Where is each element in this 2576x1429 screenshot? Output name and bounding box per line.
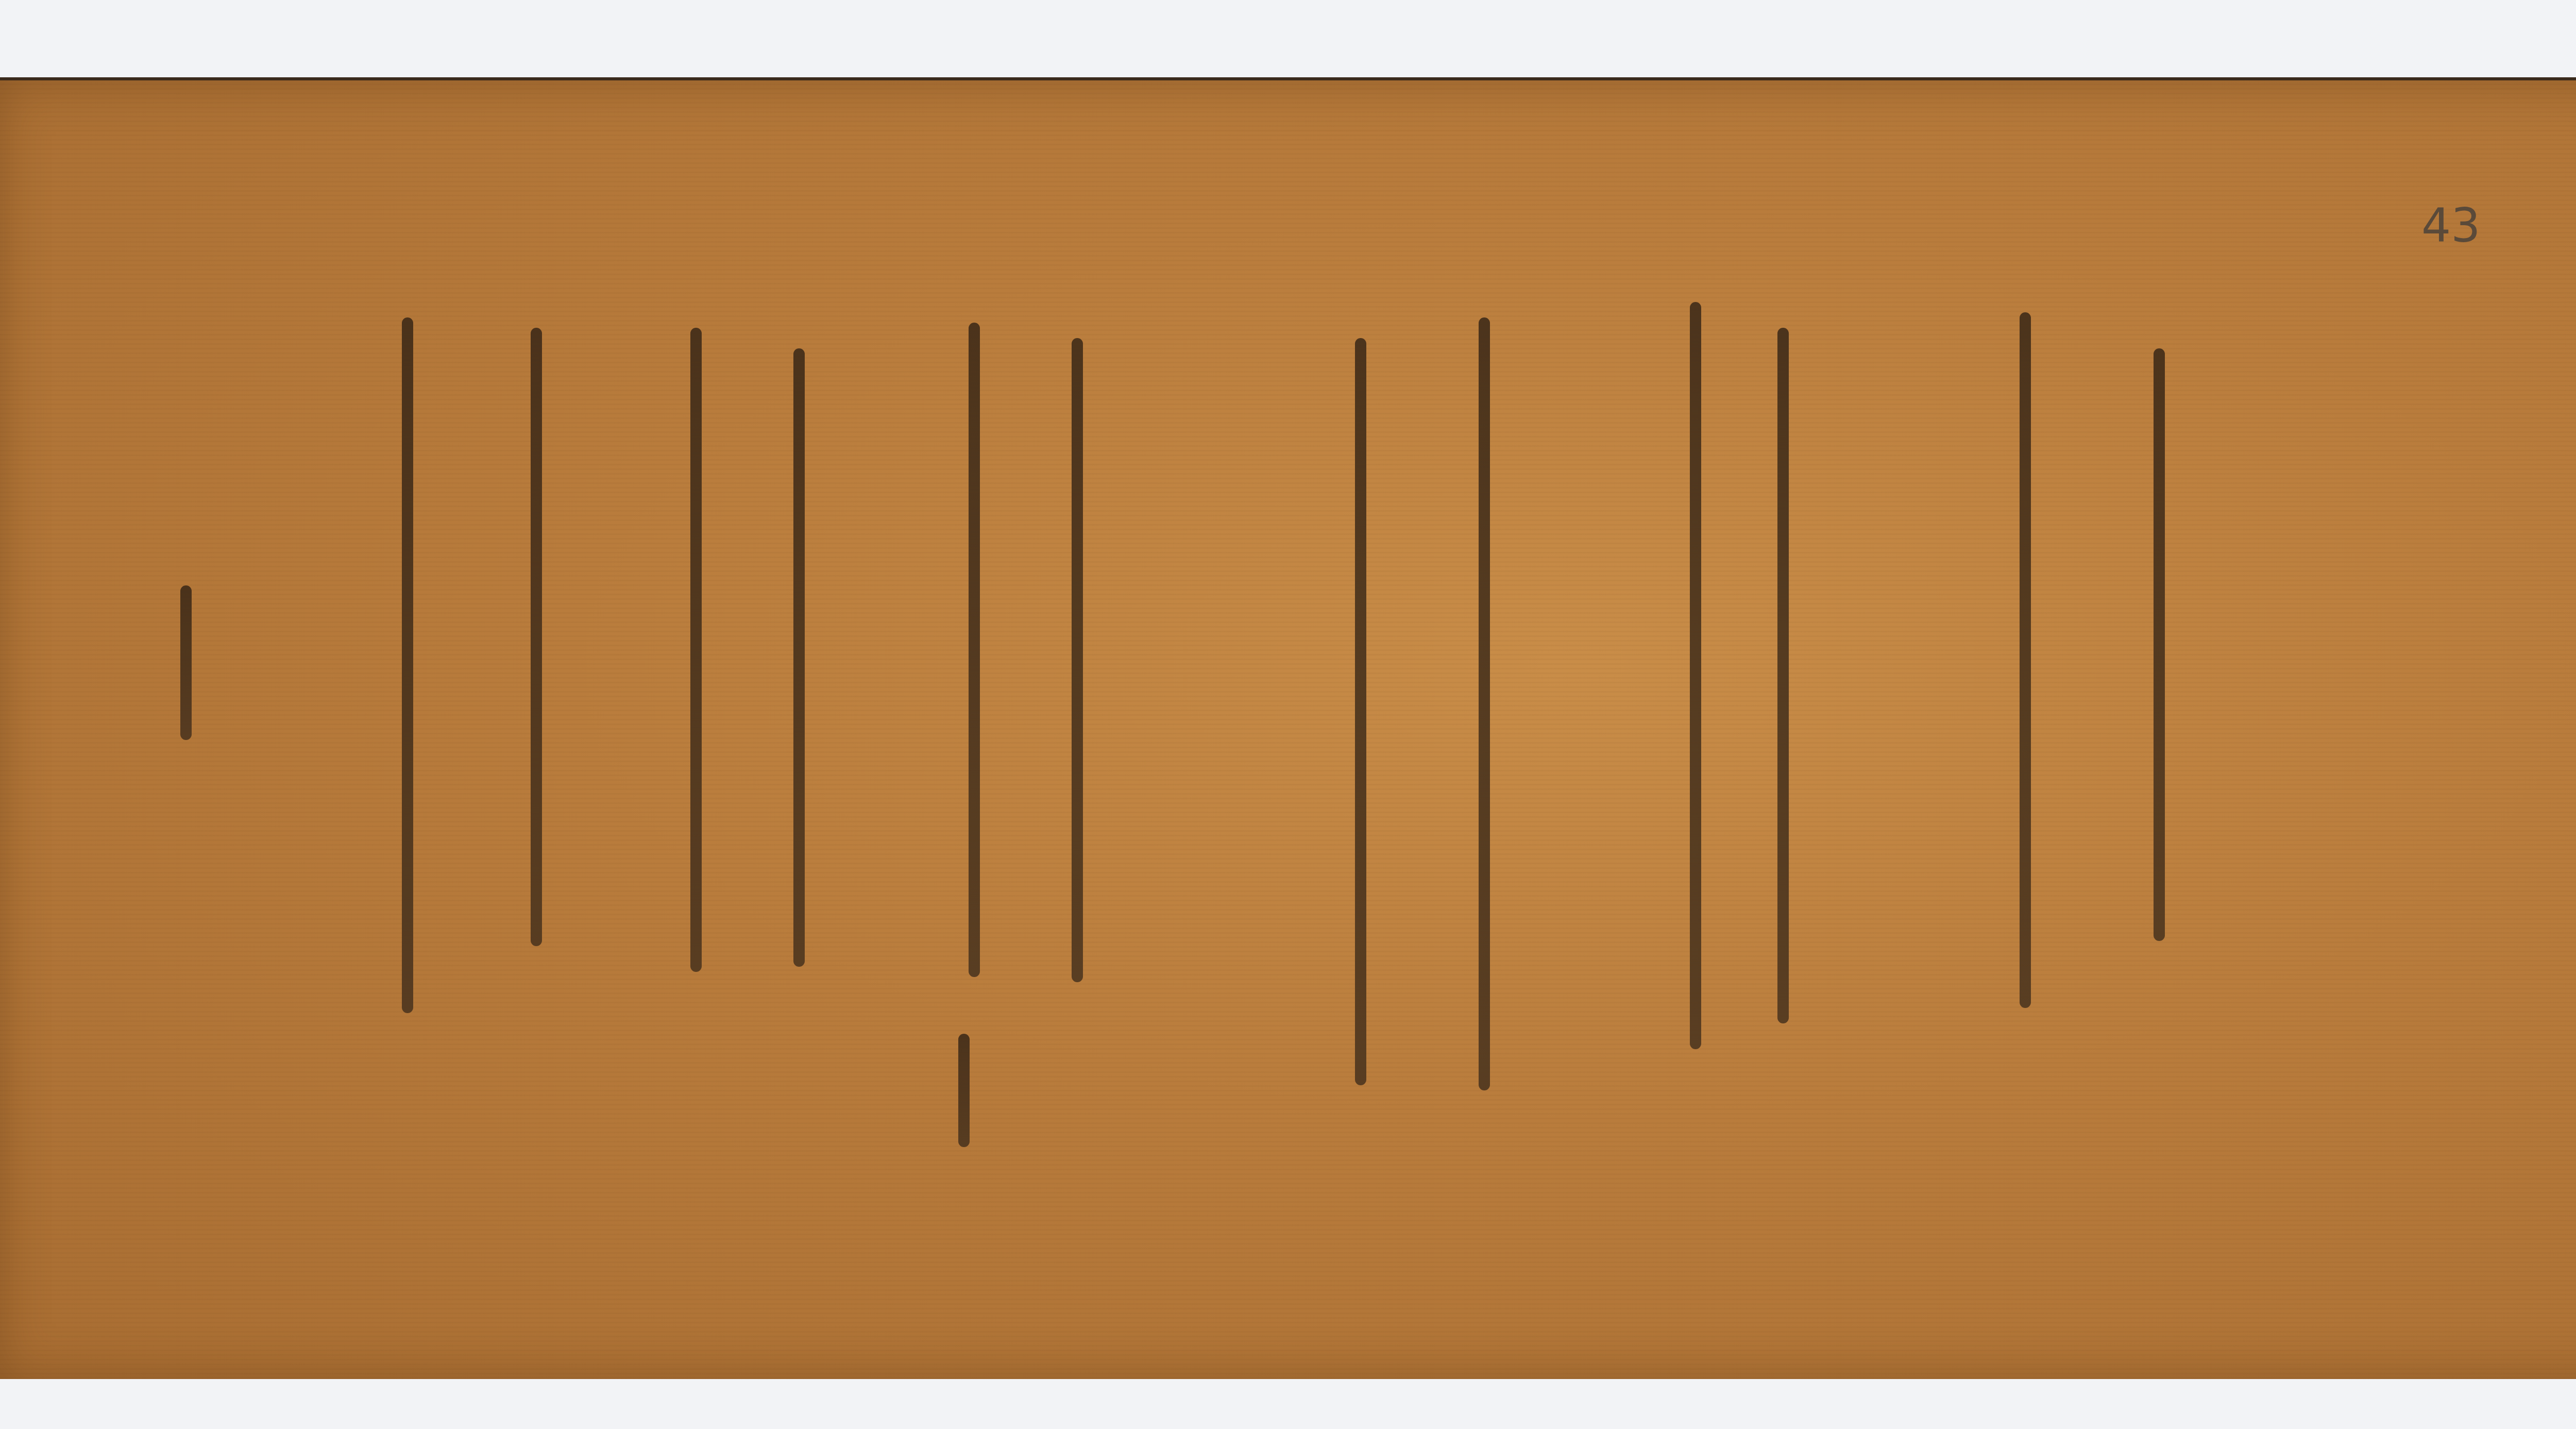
manuscript-sheet: 43 [0,77,2576,1379]
text-column-1b [2154,348,2165,941]
pencil-folio-number: 43 [2421,199,2481,253]
heading-column [180,585,192,740]
text-column-6 [402,317,413,1013]
text-column-6b [531,328,542,946]
text-column-2b [1777,328,1789,1023]
text-column-5b [793,348,805,967]
short-column-mark [958,1034,970,1147]
text-column-3b [1479,317,1490,1090]
text-column-5 [690,328,702,972]
text-column-1 [2020,312,2031,1008]
text-column-4b [1072,338,1083,982]
text-column-4 [969,323,980,977]
text-column-2 [1690,302,1701,1049]
text-column-3 [1355,338,1366,1085]
